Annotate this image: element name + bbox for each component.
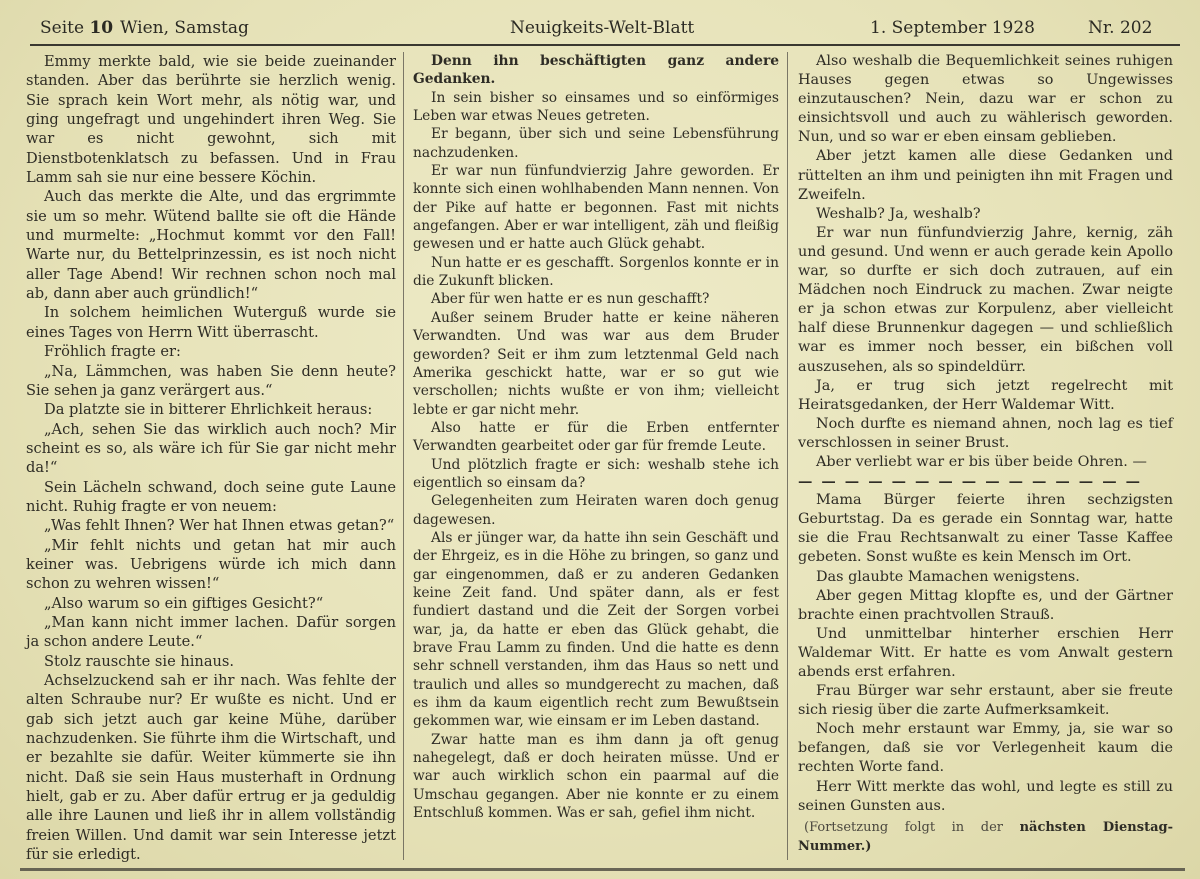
article-paragraph: Achselzuckend sah er ihr nach. Was fehlt… <box>26 671 396 864</box>
article-paragraph: „Ach, sehen Sie das wirklich auch noch? … <box>26 420 396 478</box>
article-paragraph: Ja, er trug sich jetzt regelrecht mit He… <box>798 377 1173 415</box>
article-paragraph: Auch das merkte die Alte, und das ergrim… <box>26 187 396 303</box>
article-paragraph: Als er jünger war, da hatte ihn sein Ges… <box>413 529 779 731</box>
article-paragraph: Aber gegen Mittag klopfte es, und der Gä… <box>798 587 1173 625</box>
header-rule <box>30 44 1180 46</box>
article-paragraph: „Was fehlt Ihnen? Wer hat Ihnen etwas ge… <box>26 516 396 535</box>
article-paragraph: Das glaubte Mamachen wenigstens. <box>798 568 1173 587</box>
issue-number: Nr. 202 <box>1088 18 1152 38</box>
article-paragraph: Weshalb? Ja, weshalb? <box>798 205 1173 224</box>
continuation-note-prefix: (Fortsetzung folgt in der <box>804 820 1003 835</box>
newspaper-title: Neuigkeits-Welt-Blatt <box>510 18 694 38</box>
article-paragraph: Aber jetzt kamen alle diese Gedanken und… <box>798 147 1173 204</box>
article-paragraph: Sein Lächeln schwand, doch seine gute La… <box>26 478 396 517</box>
article-paragraph: „Also warum so ein giftiges Gesicht?“ <box>26 594 396 613</box>
article-paragraph: Außer seinem Bruder hatte er keine näher… <box>413 309 779 419</box>
continuation-note: (Fortsetzung folgt in der nächsten Diens… <box>798 818 1173 856</box>
article-paragraph: Herr Witt merkte das wohl, und legte es … <box>798 778 1173 816</box>
page-number: Seite 10 <box>40 18 113 38</box>
column-divider <box>787 52 788 860</box>
article-paragraph: Noch durfte es niemand ahnen, noch lag e… <box>798 415 1173 453</box>
article-paragraph: Da platzte sie in bitterer Ehrlichkeit h… <box>26 400 396 419</box>
city-day: Wien, Samstag <box>120 18 249 38</box>
article-paragraph: Fröhlich fragte er: <box>26 342 396 361</box>
article-paragraph: Stolz rauschte sie hinaus. <box>26 652 396 671</box>
article-paragraph: Zwar hatte man es ihm dann ja oft genug … <box>413 731 779 823</box>
column-divider <box>403 52 404 860</box>
page-number-value: 10 <box>89 18 113 38</box>
article-paragraph: Also hatte er für die Erben entfernter V… <box>413 419 779 456</box>
article-paragraph: „Na, Lämmchen, was haben Sie denn heute?… <box>26 362 396 401</box>
article-paragraph: Gelegenheiten zum Heiraten waren doch ge… <box>413 492 779 529</box>
article-paragraph: Er war nun fünfundvierzig Jahre, kernig,… <box>798 224 1173 377</box>
column-2: Denn ihn beschäftigten ganz andere Gedan… <box>413 52 779 862</box>
page-label: Seite <box>40 18 84 38</box>
footer-rule <box>20 868 1185 871</box>
section-break: — — — — — — — — — — — — — — — <box>798 472 1173 491</box>
article-paragraph: Aber verliebt war er bis über beide Ohre… <box>798 453 1173 472</box>
article-paragraph: Aber für wen hatte er es nun geschafft? <box>413 290 779 308</box>
article-paragraph: Frau Bürger war sehr erstaunt, aber sie … <box>798 682 1173 720</box>
article-paragraph: Mama Bürger feierte ihren sechzigsten Ge… <box>798 491 1173 567</box>
page-header: Seite 10 Wien, Samstag Neuigkeits-Welt-B… <box>40 14 1190 40</box>
column-3: Also weshalb die Bequemlichkeit seines r… <box>798 52 1173 862</box>
article-paragraph: Und unmittelbar hinterher erschien Herr … <box>798 625 1173 682</box>
article-paragraph: Er begann, über sich und seine Lebensfüh… <box>413 125 779 162</box>
article-paragraph: In sein bisher so einsames und so einför… <box>413 89 779 126</box>
article-paragraph: Also weshalb die Bequemlichkeit seines r… <box>798 52 1173 147</box>
column-1: Emmy merkte bald, wie sie beide zueinand… <box>26 52 396 862</box>
article-paragraph: Emmy merkte bald, wie sie beide zueinand… <box>26 52 396 187</box>
article-paragraph: „Man kann nicht immer lachen. Dafür sorg… <box>26 613 396 652</box>
article-paragraph: „Mir fehlt nichts und getan hat mir auch… <box>26 536 396 594</box>
article-paragraph: Noch mehr erstaunt war Emmy, ja, sie war… <box>798 720 1173 777</box>
issue-date: 1. September 1928 <box>870 18 1035 38</box>
article-paragraph: Er war nun fünfundvierzig Jahre geworden… <box>413 162 779 254</box>
article-paragraph: Und plötzlich fragte er sich: weshalb st… <box>413 456 779 493</box>
article-paragraph: In solchem heimlichen Wuterguß wurde sie… <box>26 303 396 342</box>
article-paragraph: Denn ihn beschäftigten ganz andere Gedan… <box>413 52 779 89</box>
article-paragraph: Nun hatte er es geschafft. Sorgenlos kon… <box>413 254 779 291</box>
